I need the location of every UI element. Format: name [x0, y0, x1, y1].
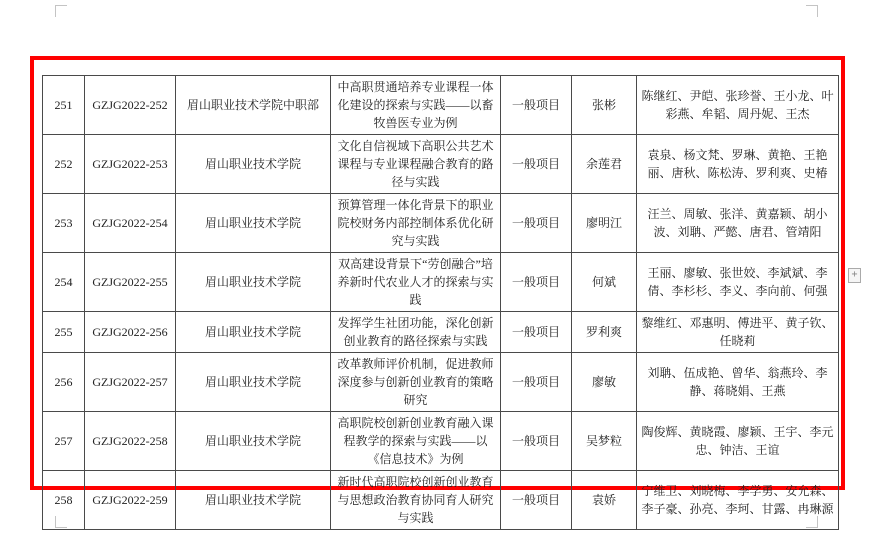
cell-seq: 253 [43, 194, 85, 253]
cell-code: GZJG2022-259 [85, 471, 176, 530]
cell-leader: 罗利爽 [572, 312, 637, 353]
projects-table: 251GZJG2022-252眉山职业技术学院中职部中高职贯通培养专业课程一体化… [42, 75, 839, 530]
cell-institution: 眉山职业技术学院 [176, 353, 331, 412]
cell-type: 一般项目 [501, 253, 572, 312]
projects-table-body: 251GZJG2022-252眉山职业技术学院中职部中高职贯通培养专业课程一体化… [43, 76, 839, 530]
document-page: 251GZJG2022-252眉山职业技术学院中职部中高职贯通培养专业课程一体化… [0, 0, 872, 558]
cell-seq: 252 [43, 135, 85, 194]
table-row: 258GZJG2022-259眉山职业技术学院新时代高职院校创新创业教育与思想政… [43, 471, 839, 530]
table-resize-handle-icon[interactable]: + [848, 268, 861, 283]
cell-leader: 何斌 [572, 253, 637, 312]
cell-code: GZJG2022-254 [85, 194, 176, 253]
cell-title: 改革教师评价机制，促进教师深度参与创新创业教育的策略研究 [331, 353, 501, 412]
cell-code: GZJG2022-257 [85, 353, 176, 412]
cell-type: 一般项目 [501, 135, 572, 194]
cell-type: 一般项目 [501, 471, 572, 530]
cell-title: 双高建设背景下“劳创融合”培养新时代农业人才的探索与实践 [331, 253, 501, 312]
cell-code: GZJG2022-258 [85, 412, 176, 471]
cell-title: 中高职贯通培养专业课程一体化建设的探索与实践——以畜牧兽医专业为例 [331, 76, 501, 135]
cell-members: 黎维红、邓惠明、傅进平、黄子钦、任晓莉 [637, 312, 839, 353]
cell-code: GZJG2022-252 [85, 76, 176, 135]
cell-members: 袁泉、杨文梵、罗琳、黄艳、王艳丽、唐秋、陈松涛、罗利爽、史椿 [637, 135, 839, 194]
cell-leader: 余莲君 [572, 135, 637, 194]
cell-institution: 眉山职业技术学院 [176, 412, 331, 471]
cell-institution: 眉山职业技术学院 [176, 135, 331, 194]
table-row: 252GZJG2022-253眉山职业技术学院文化自信视域下高职公共艺术课程与专… [43, 135, 839, 194]
cell-leader: 袁娇 [572, 471, 637, 530]
cell-title: 发挥学生社团功能，深化创新创业教育的路径探索与实践 [331, 312, 501, 353]
cell-seq: 251 [43, 76, 85, 135]
cell-type: 一般项目 [501, 76, 572, 135]
cell-title: 文化自信视域下高职公共艺术课程与专业课程融合教育的路径与实践 [331, 135, 501, 194]
cell-seq: 254 [43, 253, 85, 312]
cell-institution: 眉山职业技术学院 [176, 312, 331, 353]
table-row: 255GZJG2022-256眉山职业技术学院发挥学生社团功能，深化创新创业教育… [43, 312, 839, 353]
cell-seq: 257 [43, 412, 85, 471]
cell-type: 一般项目 [501, 194, 572, 253]
cell-institution: 眉山职业技术学院 [176, 194, 331, 253]
cell-members: 王丽、廖敏、张世姣、李斌斌、李倩、李杉杉、李义、李向前、何强 [637, 253, 839, 312]
cell-members: 陶俊辉、黄晓霞、廖颖、王宇、李元忠、钟洁、王谊 [637, 412, 839, 471]
cell-title: 预算管理一体化背景下的职业院校财务内部控制体系优化研究与实践 [331, 194, 501, 253]
cell-leader: 廖明江 [572, 194, 637, 253]
cell-institution: 眉山职业技术学院 [176, 253, 331, 312]
cell-code: GZJG2022-256 [85, 312, 176, 353]
cell-leader: 吴梦粒 [572, 412, 637, 471]
cell-title: 新时代高职院校创新创业教育与思想政治教育协同育人研究与实践 [331, 471, 501, 530]
table-row: 251GZJG2022-252眉山职业技术学院中职部中高职贯通培养专业课程一体化… [43, 76, 839, 135]
cell-institution: 眉山职业技术学院中职部 [176, 76, 331, 135]
cell-code: GZJG2022-255 [85, 253, 176, 312]
cell-seq: 258 [43, 471, 85, 530]
cell-institution: 眉山职业技术学院 [176, 471, 331, 530]
cell-code: GZJG2022-253 [85, 135, 176, 194]
cell-type: 一般项目 [501, 412, 572, 471]
cell-members: 陈继红、尹皑、张珍誉、王小龙、叶彩燕、牟韬、周丹妮、王杰 [637, 76, 839, 135]
cell-leader: 张彬 [572, 76, 637, 135]
cell-type: 一般项目 [501, 353, 572, 412]
cell-members: 刘聃、伍成艳、曾华、翁燕玲、李静、蒋晓娟、王燕 [637, 353, 839, 412]
cell-title: 高职院校创新创业教育融入课程教学的探索与实践——以《信息技术》为例 [331, 412, 501, 471]
cell-members: 汪兰、周敏、张洋、黄嘉颖、胡小波、刘聃、严懿、唐君、管靖阳 [637, 194, 839, 253]
text-boundary-mark-top-right [806, 5, 818, 17]
table-row: 254GZJG2022-255眉山职业技术学院双高建设背景下“劳创融合”培养新时… [43, 253, 839, 312]
text-boundary-mark-top-left [55, 5, 67, 17]
cell-members: 宁维卫、刘晓梅、李学勇、安允森、李子豪、孙亮、李珂、甘露、冉琳源 [637, 471, 839, 530]
table-row: 253GZJG2022-254眉山职业技术学院预算管理一体化背景下的职业院校财务… [43, 194, 839, 253]
cell-type: 一般项目 [501, 312, 572, 353]
table-row: 257GZJG2022-258眉山职业技术学院高职院校创新创业教育融入课程教学的… [43, 412, 839, 471]
cell-seq: 255 [43, 312, 85, 353]
table-row: 256GZJG2022-257眉山职业技术学院改革教师评价机制，促进教师深度参与… [43, 353, 839, 412]
cell-seq: 256 [43, 353, 85, 412]
cell-leader: 廖敏 [572, 353, 637, 412]
